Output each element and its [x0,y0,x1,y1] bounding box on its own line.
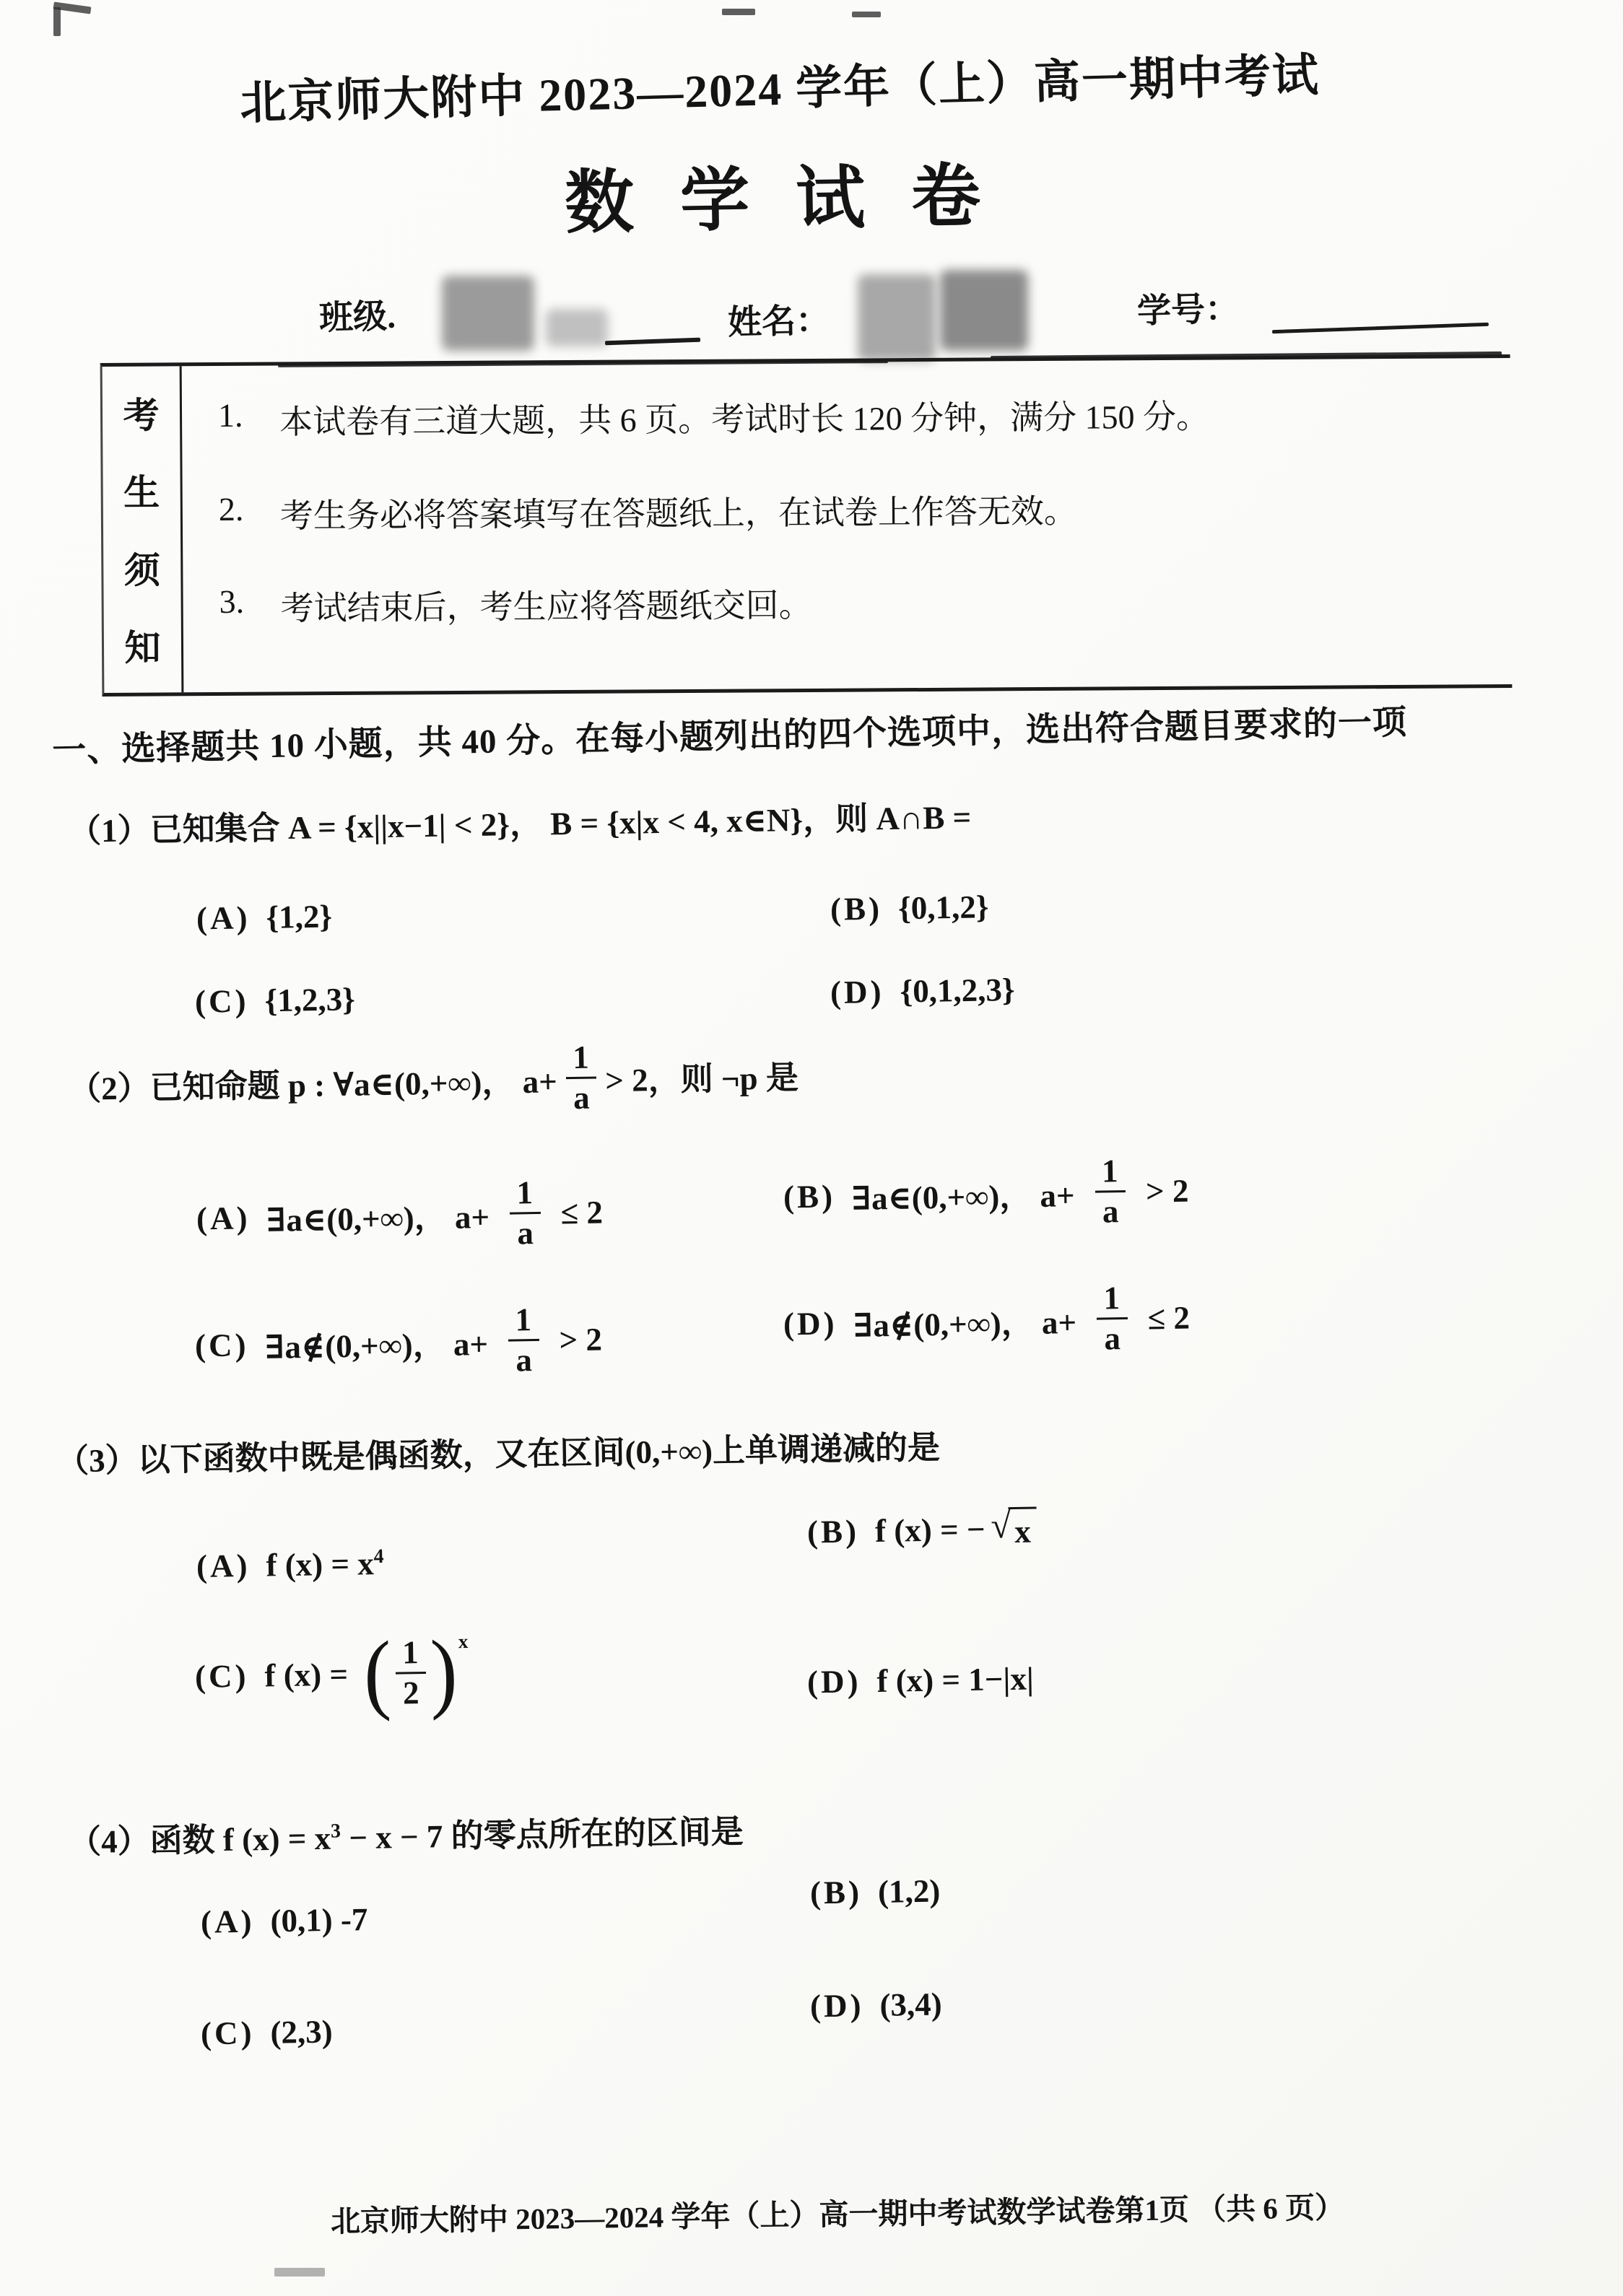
question-1-option-c: (C) {1,2,3} [195,980,356,1020]
name-label: 姓名： [727,293,830,344]
option-text: ≤ 2 [1147,1298,1190,1337]
option-label: (B) [783,1177,836,1215]
option-label: (D) [807,1662,861,1701]
option-label: (C) [195,1326,249,1364]
question-2-option-d: (D) ∃a∉(0,+∞)， a+ 1 a ≤ 2 [783,1280,1191,1361]
fraction-denominator: a [510,1212,541,1251]
option-text: (0,1) -7 [270,1900,368,1939]
fraction-denominator: a [1095,1190,1126,1229]
redacted-name-value-2 [940,270,1028,351]
class-underline [605,338,700,346]
notice-item-number: 3. [219,582,258,630]
stem-text: > 2，则 ¬p 是 [605,1051,799,1101]
question-2-stem: （2）已知命题 p : ∀a∈(0,+∞)， a+ 1 a > 2，则 ¬p 是 [68,1037,799,1123]
option-text: ∃a∉(0,+∞)， a+ [853,1296,1077,1346]
fraction: 1 a [1096,1281,1128,1356]
fraction-numerator: 1 [508,1303,539,1340]
page-footer: 北京师大附中 2023—2024 学年（上）高一期中考试数学试卷第1页 （共 6… [231,2182,1445,2241]
redacted-name-value [858,274,936,361]
notice-side-char: 知 [124,619,160,671]
fraction: 1 2 [395,1636,427,1711]
question-4-stem: （4）函数 f (x) = x3 − x − 7 的零点所在的区间是 [69,1805,744,1863]
notice-box: 考 生 须 知 1. 本试卷有三道大题，共 6 页。考试时长 120 分钟，满分… [100,354,1513,697]
option-label: (C) [195,1657,249,1695]
right-paren: ) [430,1634,458,1711]
fraction: 1 a [509,1176,541,1251]
fraction-denominator: a [566,1077,597,1116]
class-label: 班级. [318,289,396,340]
option-text: > 2 [1146,1171,1189,1210]
redacted-class-value-2 [546,309,608,346]
option-text: {1,2,3} [264,980,355,1019]
exponent: 3 [331,1820,341,1842]
question-2-option-c: (C) ∃a∉(0,+∞)， a+ 1 a > 2 [194,1302,602,1383]
question-4-option-d: (D) (3,4) [810,1986,942,2025]
notice-side-char: 生 [123,464,160,516]
option-label: (B) [810,1873,863,1911]
notice-item-text: 考生务必将答案填写在答题纸上，在试卷上作答无效。 [280,485,1077,538]
fraction-numerator: 1 [395,1636,426,1672]
notice-side-char: 须 [124,541,160,593]
notice-item-2: 2. 考生务必将答案填写在答题纸上，在试卷上作答无效。 [219,485,1077,538]
exam-paper-page: 北京师大附中 2023—2024 学年（上）高一期中考试 数 学 试 卷 班级.… [0,0,1623,2296]
question-3-option-d: (D) f (x) = 1−|x| [807,1660,1035,1701]
option-label: (C) [201,2014,255,2052]
parenthesized-fraction-power: ( 1 2 ) x [363,1635,469,1711]
exponent: x [458,1631,469,1653]
option-text: ≤ 2 [560,1193,603,1231]
section-one-heading: 一、选择题共 10 小题，共 40 分。在每小题列出的四个选项中，选出符合题目要… [52,691,1598,772]
question-2-option-b: (B) ∃a∈(0,+∞)， a+ 1 a > 2 [783,1153,1189,1234]
fraction-numerator: 1 [1096,1281,1127,1318]
question-3-option-c: (C) f (x) = ( 1 2 ) x [194,1635,469,1714]
stem-text: − x − 7 的零点所在的区间是 [341,1814,744,1856]
option-text: f (x) = x4 [266,1545,384,1584]
scan-artifact [274,2268,325,2277]
option-label: (D) [810,1986,864,2025]
notice-item-text: 本试卷有三道大题，共 6 页。考试时长 120 分钟，满分 150 分。 [279,390,1209,444]
option-label: (A) [201,1903,255,1941]
scan-artifact [53,7,61,36]
fraction: 1 a [565,1040,597,1115]
notice-side-char: 考 [123,386,159,438]
fraction-denominator: a [508,1339,539,1378]
question-3-stem: （3）以下函数中既是偶函数，又在区间(0,+∞)上单调递减的是 [56,1420,941,1481]
notice-item-text: 考试结束后，考生应将答题纸交回。 [280,579,811,629]
option-text: {0,1,2,3} [900,971,1015,1010]
option-text: ∃a∈(0,+∞)， a+ [851,1169,1076,1219]
fraction-numerator: 1 [565,1040,596,1077]
option-label: (B) [830,890,883,928]
option-label: (D) [830,973,884,1011]
stem-text: （4）函数 f (x) = x [69,1820,331,1861]
redacted-class-value [442,276,534,351]
paper-title: 数 学 试 卷 [346,137,1214,251]
option-label: (C) [195,982,249,1021]
fraction-numerator: 1 [509,1176,540,1213]
notice-side-label: 考 生 须 知 [103,366,184,693]
option-text: f (x) = 1−|x| [876,1660,1034,1700]
scan-artifact [722,9,755,15]
question-4-option-b: (B) (1,2) [810,1872,941,1912]
option-text: ∃a∉(0,+∞)， a+ [264,1317,489,1368]
option-text: (1,2) [878,1872,941,1911]
question-3-option-a: (A) f (x) = x4 [196,1545,385,1585]
option-text: (2,3) [270,2013,333,2051]
option-text: f (x) = [264,1655,348,1694]
left-paren: ( [363,1636,391,1712]
fraction: 1 a [508,1303,539,1378]
option-label: (B) [807,1512,860,1550]
radicand: x [1009,1507,1037,1551]
option-text: {1,2} [266,898,333,936]
question-2-option-a: (A) ∃a∈(0,+∞)， a+ 1 a ≤ 2 [196,1175,604,1256]
fraction-denominator: 2 [396,1672,427,1711]
option-text: > 2 [559,1320,602,1358]
question-1-option-d: (D) {0,1,2,3} [830,971,1015,1011]
question-4-option-a: (A) (0,1) -7 [201,1900,368,1941]
question-1-option-a: (A) {1,2} [196,898,333,938]
notice-item-1: 1. 本试卷有三道大题，共 6 页。考试时长 120 分钟，满分 150 分。 [218,390,1209,444]
option-label: (D) [783,1304,837,1343]
notice-item-number: 1. [218,396,258,444]
student-id-underline [1272,323,1489,333]
exponent: 4 [373,1545,383,1568]
fraction-numerator: 1 [1095,1154,1126,1191]
question-1-option-b: (B) {0,1,2} [830,888,989,927]
option-text: {0,1,2} [898,888,989,927]
question-1-stem: （1）已知集合 A = {x||x−1| < 2}， B = {x|x < 4,… [69,790,972,852]
notice-item-number: 2. [219,490,258,538]
option-text: ∃a∈(0,+∞)， a+ [266,1190,490,1241]
question-4-option-c: (C) (2,3) [201,2013,333,2053]
notice-item-3: 3. 考试结束后，考生应将答题纸交回。 [219,579,811,630]
square-root: √ x [991,1507,1037,1551]
option-label: (A) [196,899,251,937]
option-label: (A) [196,1547,251,1585]
fraction: 1 a [1095,1154,1126,1229]
option-text: (3,4) [879,1986,942,2024]
student-id-label: 学号： [1136,281,1240,333]
scan-artifact [852,12,881,17]
fraction-denominator: a [1097,1317,1128,1356]
option-text: f (x) = − [875,1511,985,1550]
school-title: 北京师大附中 2023—2024 学年（上）高一期中考试 [122,35,1437,136]
question-3-option-b: (B) f (x) = − √ x [807,1507,1037,1554]
option-label: (A) [196,1199,251,1237]
stem-text: （2）已知命题 p : ∀a∈(0,+∞)， a+ [69,1055,558,1110]
